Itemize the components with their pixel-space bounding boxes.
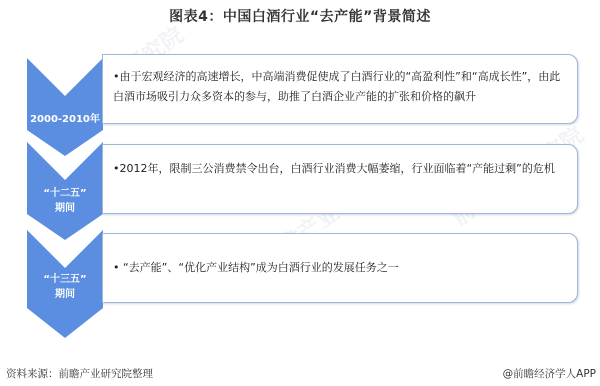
stage-box-3: • “去产能”、“优化产业结构”成为白酒行业的发展任务之一 xyxy=(102,233,578,303)
stage-box-2: •2012年，限制三公消费禁令出台，白酒行业消费大幅萎缩，行业面临着“产能过剩”… xyxy=(102,144,578,214)
period-text: 2000-2010年 xyxy=(27,112,103,127)
source-note: 资料来源：前瞻产业研究院整理 xyxy=(6,366,153,381)
stage-period-label: “十二五” 期间 xyxy=(27,186,103,216)
period-text: 期间 xyxy=(27,287,103,302)
credit-note: @前瞻经济学人APP xyxy=(503,366,596,381)
stage-chevron-3: “十三五” 期间 xyxy=(27,230,103,338)
period-text: “十二五” xyxy=(27,186,103,201)
figure-title: 图表4：中国白酒行业“去产能”背景简述 xyxy=(0,6,600,26)
stage-description: • “去产能”、“优化产业结构”成为白酒行业的发展任务之一 xyxy=(113,258,563,278)
stage-description: •2012年，限制三公消费禁令出台，白酒行业消费大幅萎缩，行业面临着“产能过剩”… xyxy=(113,159,563,179)
period-text: “十三五” xyxy=(27,272,103,287)
stage-period-label: 2000-2010年 xyxy=(27,112,103,127)
stage-chevron-2: “十二五” 期间 xyxy=(27,142,103,240)
period-text: 期间 xyxy=(27,201,103,216)
stage-description: •由于宏观经济的高速增长，中高端消费促使成了白酒行业的“高盈利性”和“高成长性”… xyxy=(113,67,563,107)
stage-box-1: •由于宏观经济的高速增长，中高端消费促使成了白酒行业的“高盈利性”和“高成长性”… xyxy=(102,54,578,124)
stage-period-label: “十三五” 期间 xyxy=(27,272,103,302)
